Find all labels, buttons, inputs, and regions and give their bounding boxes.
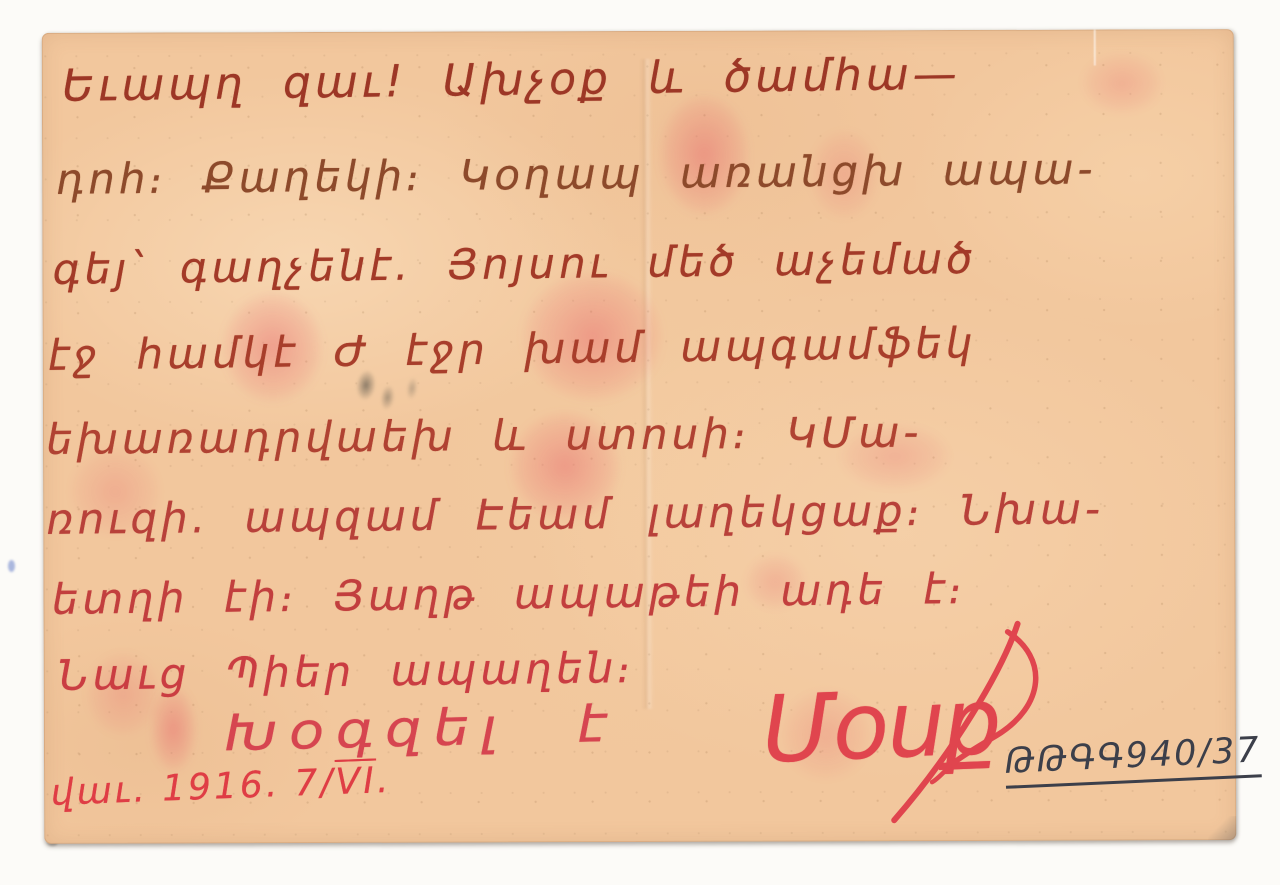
handwriting-line-1: Եւապղ զաւ! Ախչօք և ծամհա— [62,53,961,109]
postcard: Եւապղ զաւ! Ախչօք և ծամհա— դոհ։ Քաղեկի։ Կ… [42,29,1237,844]
ink-smudge [1082,53,1162,113]
handwriting-line-7: ետղի էի։ Յաղթ ապաթեի ադե է։ [51,568,967,621]
signature-flourish [756,614,1097,830]
signature: Մօսք [756,614,1097,830]
date-month-roman: VI [335,760,378,803]
handwriting-line-8: Նաւց Պիեր ապաղեն։ [58,647,636,697]
scan-speck-blue [8,560,15,572]
handwriting-line-3: գեյ՝ գաղչենէ. Յոյսու մեծ աչեմած [52,238,976,291]
date-prefix: վաւ. 1916. 7/ [50,762,336,814]
signoff-text: Խօգզել է [224,695,619,762]
handwriting-line-5: եխառադրվաեխ և ստոսի։ ԿՄա- [46,412,923,461]
archive-number: ԹԹԳԳ940/37 [1004,730,1262,788]
handwriting-line-2: դոհ։ Քաղեկի։ Կօղապ առանցխ ապա- [56,148,1097,201]
ink-smudge [151,686,196,771]
handwriting-line-4: էջ համկէ Ժ էջր խամ ապգամֆեկ [48,322,977,377]
date-notation: վաւ. 1916. 7/VI. [50,760,392,814]
postcard-scan: Եւապղ զաւ! Ախչօք և ծամհա— դոհ։ Քաղեկի։ Կ… [0,0,1280,885]
date-suffix: . [376,760,392,802]
handwriting-line-6: ռուզի. ապզամ Էեամ լաղեկցաք։ Նխա- [46,488,1104,541]
